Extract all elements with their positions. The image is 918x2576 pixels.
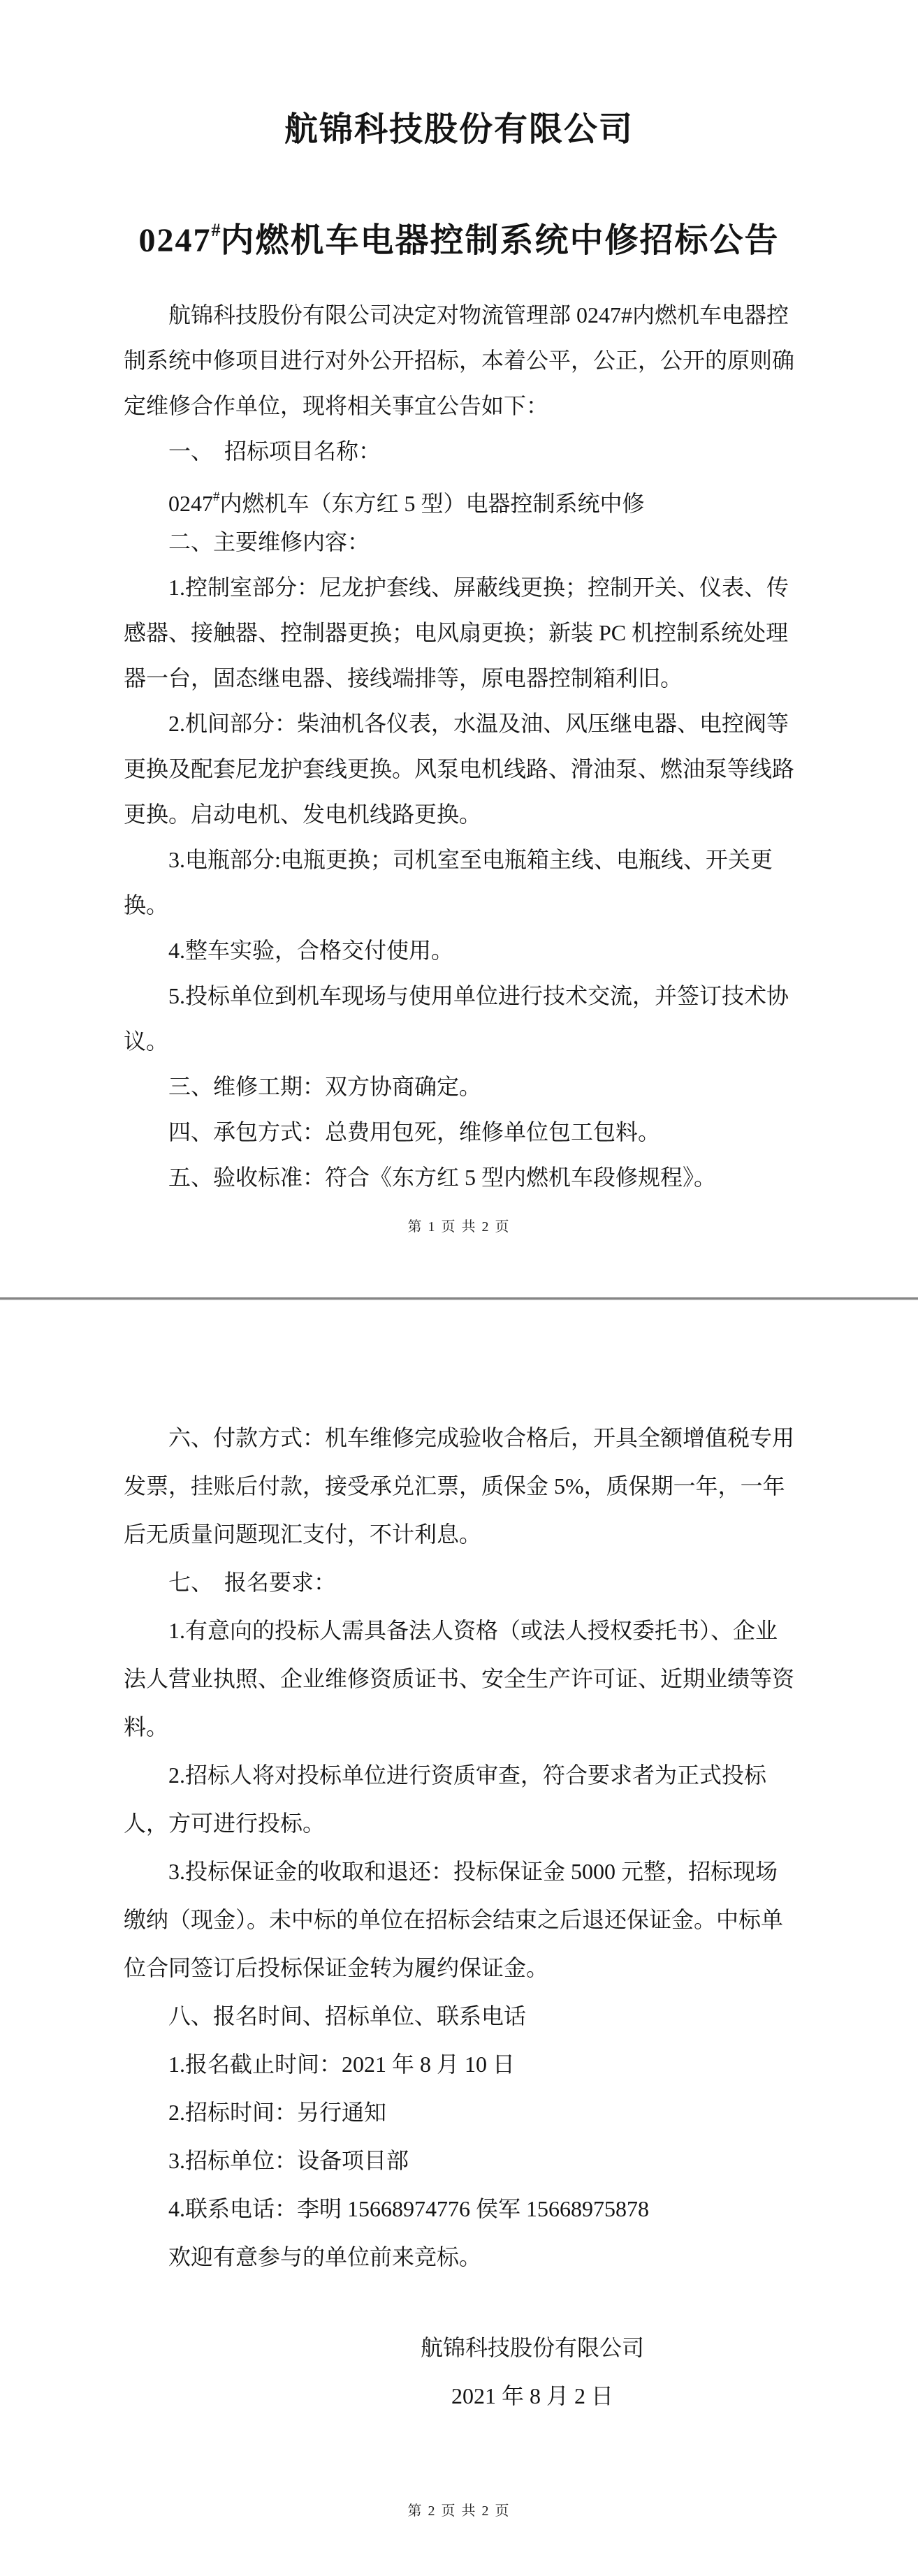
body-line: 位合同签订后投标保证金转为履约保证金。 xyxy=(124,1944,794,1992)
body-line-contact-phone: 4.联系电话：李明 15668974776 侯军 15668975878 xyxy=(124,2185,794,2233)
body-line: 3.投标保证金的收取和退还：投标保证金 5000 元整，招标现场 xyxy=(124,1848,794,1896)
superscript-hash: # xyxy=(213,490,220,504)
body-line: 定维修合作单位，现将相关事宜公告如下： xyxy=(124,383,794,429)
body-line: 1.有意向的投标人需具备法人资格（或法人授权委托书）、企业 xyxy=(124,1607,794,1655)
page-2: 六、付款方式：机车维修完成验收合格后，开具全额增值税专用 发票，挂账后付款，接受… xyxy=(0,1300,918,2576)
doc-title-line-2: 0247#内燃机车电器控制系统中修招标公告 xyxy=(124,205,794,266)
body-line-section-2: 二、主要维修内容： xyxy=(124,520,794,565)
page-2-footer: 第 2 页 共 2 页 xyxy=(124,2504,794,2518)
body-line-bid-time: 2.招标时间：另行通知 xyxy=(124,2089,794,2137)
signature-company: 航锦科技股份有限公司 xyxy=(197,2324,868,2372)
page-1-body: 航锦科技股份有限公司决定对物流管理部 0247#内燃机车电器控 制系统中修项目进… xyxy=(124,293,794,1200)
body-line-locomotive-name: 0247#内燃机车（东方红 5 型）电器控制系统中修 xyxy=(124,474,794,520)
body-line: 制系统中修项目进行对外公开招标，本着公平，公正，公开的原则确 xyxy=(124,338,794,383)
body-line: 议。 xyxy=(124,1019,794,1064)
signature-date: 2021 年 8 月 2 日 xyxy=(197,2372,868,2420)
body-line: 器一台，固态继电器、接线端排等，原电器控制箱利旧。 xyxy=(124,656,794,701)
doc-title-line-1: 航锦科技股份有限公司 xyxy=(124,0,794,155)
body-line: 4.整车实验，合格交付使用。 xyxy=(124,928,794,973)
body-line-section-7: 七、 报名要求： xyxy=(124,1559,794,1607)
body-line-section-6: 六、付款方式：机车维修完成验收合格后，开具全额增值税专用 xyxy=(124,1414,794,1462)
body-line: 1.控制室部分：尼龙护套线、屏蔽线更换；控制开关、仪表、传 xyxy=(124,565,794,610)
body-line: 人，方可进行投标。 xyxy=(124,1799,794,1848)
signature-block: 航锦科技股份有限公司 2021 年 8 月 2 日 xyxy=(197,2324,868,2420)
locomotive-name-text: 内燃机车（东方红 5 型）电器控制系统中修 xyxy=(220,491,645,516)
body-line-section-4: 四、承包方式：总费用包死，维修单位包工包料。 xyxy=(124,1110,794,1155)
body-line-section-3: 三、维修工期：双方协商确定。 xyxy=(124,1064,794,1110)
body-line-section-8: 八、报名时间、招标单位、联系电话 xyxy=(124,1992,794,2040)
body-line-welcome: 欢迎有意参与的单位前来竞标。 xyxy=(124,2233,794,2281)
body-line: 更换。启动电机、发电机线路更换。 xyxy=(124,792,794,837)
body-line: 更换及配套尼龙护套线更换。风泵电机线路、滑油泵、燃油泵等线路 xyxy=(124,746,794,792)
page-2-content: 六、付款方式：机车维修完成验收合格后，开具全额增值税专用 发票，挂账后付款，接受… xyxy=(0,1414,918,2518)
body-line: 料。 xyxy=(124,1703,794,1751)
page-2-body: 六、付款方式：机车维修完成验收合格后，开具全额增值税专用 发票，挂账后付款，接受… xyxy=(124,1414,794,2281)
body-line: 后无质量问题现汇支付，不计利息。 xyxy=(124,1510,794,1559)
body-line-section-5: 五、验收标准：符合《东方红 5 型内燃机车段修规程》。 xyxy=(124,1155,794,1200)
body-line: 2.机间部分：柴油机各仪表，水温及油、风压继电器、电控阀等 xyxy=(124,701,794,746)
page-1: 航锦科技股份有限公司 0247#内燃机车电器控制系统中修招标公告 航锦科技股份有… xyxy=(0,0,918,1297)
doc-title-number: 0247 xyxy=(138,222,211,259)
body-line: 发票，挂账后付款，接受承兑汇票，质保金 5%，质保期一年，一年 xyxy=(124,1462,794,1510)
body-line: 航锦科技股份有限公司决定对物流管理部 0247#内燃机车电器控 xyxy=(124,293,794,338)
body-line-section-1: 一、 招标项目名称： xyxy=(124,429,794,474)
doc-title-text: 内燃机车电器控制系统中修招标公告 xyxy=(220,222,779,259)
body-line: 5.投标单位到机车现场与使用单位进行技术交流，并签订技术协 xyxy=(124,973,794,1019)
body-line: 缴纳（现金）。未中标的单位在招标会结束之后退还保证金。中标单 xyxy=(124,1896,794,1944)
body-line: 2.招标人将对投标单位进行资质审查，符合要求者为正式投标 xyxy=(124,1751,794,1799)
superscript-hash: # xyxy=(211,220,220,240)
body-line: 3.电瓶部分:电瓶更换；司机室至电瓶箱主线、电瓶线、开关更 xyxy=(124,837,794,883)
document: 航锦科技股份有限公司 0247#内燃机车电器控制系统中修招标公告 航锦科技股份有… xyxy=(0,0,918,2576)
body-line: 感器、接触器、控制器更换；电风扇更换；新装 PC 机控制系统处理 xyxy=(124,610,794,656)
body-line-deadline: 1.报名截止时间：2021 年 8 月 10 日 xyxy=(124,2040,794,2089)
page-1-content: 航锦科技股份有限公司 0247#内燃机车电器控制系统中修招标公告 航锦科技股份有… xyxy=(0,0,918,1234)
page-1-footer: 第 1 页 共 2 页 xyxy=(124,1220,794,1234)
body-line-bid-unit: 3.招标单位：设备项目部 xyxy=(124,2137,794,2185)
body-line: 法人营业执照、企业维修资质证书、安全生产许可证、近期业绩等资 xyxy=(124,1655,794,1703)
body-line: 换。 xyxy=(124,883,794,928)
locomotive-number: 0247 xyxy=(168,491,213,516)
